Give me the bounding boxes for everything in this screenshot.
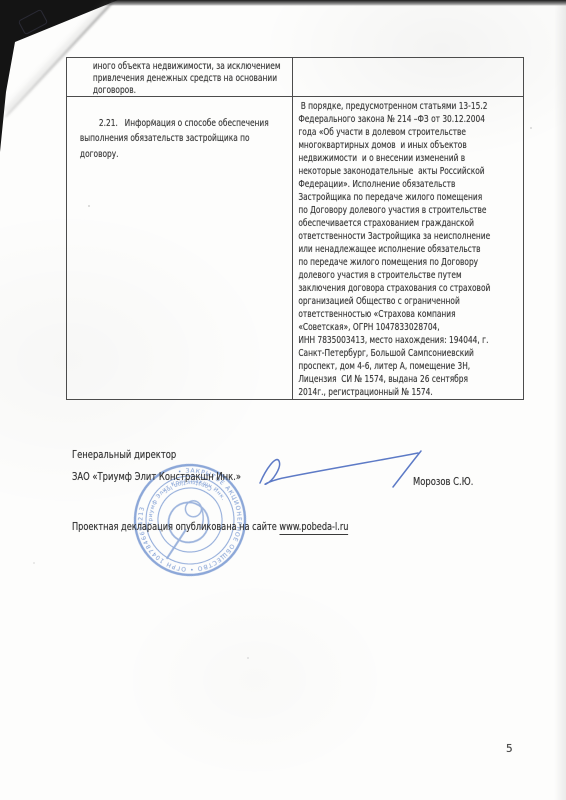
general-director-title: Генеральный директор bbox=[72, 449, 176, 461]
table-row-221-right-cell: В порядке, предусмотренном статьями 13-1… bbox=[293, 97, 523, 399]
publication-text: Проектная декларация опубликована на сай… bbox=[72, 521, 279, 533]
item-number: 2.21. bbox=[99, 118, 118, 129]
scan-speck bbox=[530, 127, 532, 129]
scan-speck bbox=[33, 562, 35, 564]
company-name: ЗАО «Триумф Элит Констракшн Инк.» bbox=[72, 471, 241, 483]
signature-image bbox=[246, 446, 436, 491]
signer-name: Морозов С.Ю. bbox=[413, 476, 473, 488]
signature-stroke bbox=[260, 453, 418, 484]
declaration-table: иного объекта недвижимости, за исключени… bbox=[66, 57, 524, 400]
item-221-label: 2.21.Информация о способе обеспечения вы… bbox=[67, 97, 300, 178]
paper-edge-shade bbox=[554, 0, 566, 800]
publication-link[interactable]: www.pobeda-l.ru bbox=[279, 521, 348, 535]
table-row-221-left-cell: 2.21.Информация о способе обеспечения вы… bbox=[67, 97, 292, 399]
table-row-continuation-right-cell bbox=[293, 58, 523, 96]
page-number: 5 bbox=[506, 743, 513, 755]
publication-line: Проектная декларация опубликована на сай… bbox=[72, 521, 348, 533]
continuation-text: иного объекта недвижимости, за исключени… bbox=[67, 58, 321, 97]
scan-speck bbox=[247, 657, 249, 659]
item-221-value: В порядке, предусмотренном статьями 13-1… bbox=[293, 97, 520, 399]
scanned-page: иного объекта недвижимости, за исключени… bbox=[0, 0, 566, 800]
table-row-continuation-left-cell: иного объекта недвижимости, за исключени… bbox=[67, 58, 292, 96]
